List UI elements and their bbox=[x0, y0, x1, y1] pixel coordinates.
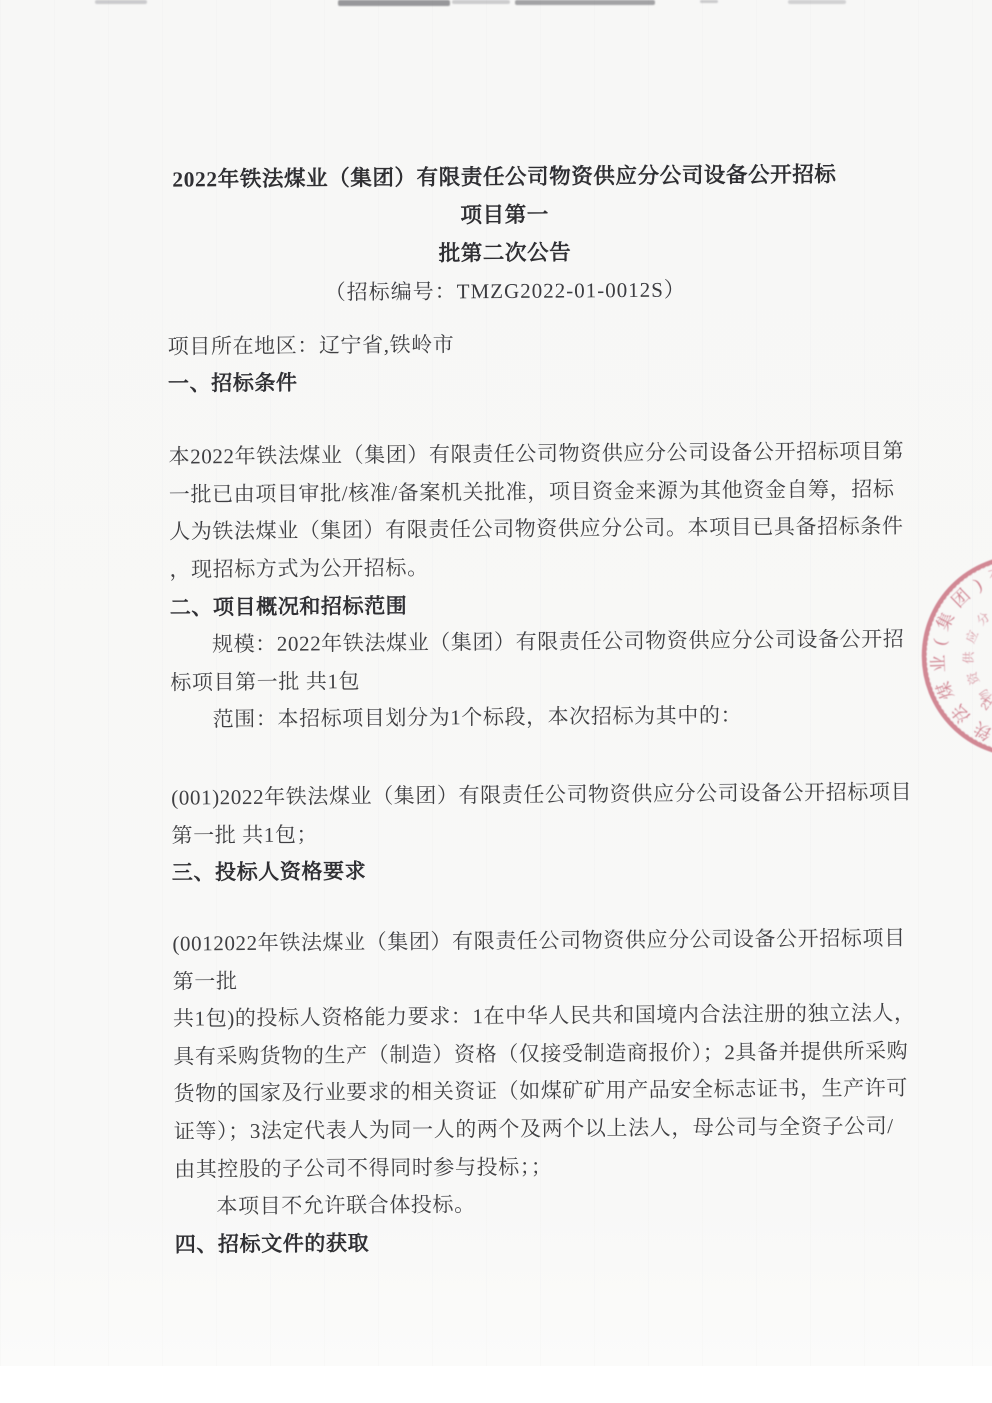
seal-inner-text: 物资供应分公司 bbox=[961, 595, 992, 706]
qualification-line: 具有采购货物的生产（制造）资格（仅接受制造商报价）；2具备并提供所采购 bbox=[173, 1033, 849, 1076]
qualification-line: 由其控股的子公司不得同时参与投标；； bbox=[174, 1146, 850, 1189]
scan-artifact bbox=[452, 0, 510, 4]
page-title-line-1: 2022年铁法煤业（集团）有限责任公司物资供应分公司设备公开招标项目第一 bbox=[166, 155, 843, 236]
seal-ring-text: 铁法煤业(集团)有限责任公司 bbox=[928, 560, 992, 744]
lot-line-continued: 第一批 共1包； bbox=[171, 812, 847, 855]
section2-heading: 二、项目概况和招标范围 bbox=[170, 584, 846, 627]
section3-heading-block: 三、投标人资格要求 bbox=[172, 849, 848, 892]
section4-heading: 四、招标文件的获取 bbox=[175, 1221, 851, 1264]
page-title-line-2: 批第二次公告 bbox=[167, 231, 843, 274]
paper-background: 2022年铁法煤业（集团）有限责任公司物资供应分公司设备公开招标项目第一 批第二… bbox=[0, 0, 992, 1366]
scale-line-continued: 标项目第一批 共1包 bbox=[170, 659, 846, 702]
section3-heading: 三、投标人资格要求 bbox=[172, 849, 848, 892]
document-title-block: 2022年铁法煤业（集团）有限责任公司物资供应分公司设备公开招标项目第一 批第二… bbox=[166, 155, 843, 312]
section2-scope-block: 规模：2022年铁法煤业（集团）有限责任公司物资供应分公司设备公开招 标项目第一… bbox=[170, 621, 847, 739]
section3-paragraph: (0012022年铁法煤业（集团）有限责任公司物资供应分公司设备公开招标项目 第… bbox=[172, 920, 851, 1264]
consortium-line: 本项目不允许联合体投标。 bbox=[174, 1183, 850, 1226]
bid-number: （招标编号：TMZG2022-01-0012S） bbox=[167, 269, 843, 312]
paragraph-line: 本2022年铁法煤业（集团）有限责任公司物资供应分公司设备公开招标项目第 bbox=[168, 433, 844, 476]
scan-artifact bbox=[95, 0, 147, 4]
scope-line: 范围：本招标项目划分为1个标段，本次招标为其中的： bbox=[171, 697, 847, 740]
qualification-line: 共1包)的投标人资格能力要求：1在中华人民共和国境内合法注册的独立法人， bbox=[173, 996, 849, 1039]
scan-artifact bbox=[338, 0, 450, 6]
scan-artifact bbox=[700, 0, 718, 3]
lot-line: (001)2022年铁法煤业（集团）有限责任公司物资供应分公司设备公开招标项目 bbox=[171, 774, 847, 817]
section1-paragraph: 本2022年铁法煤业（集团）有限责任公司物资供应分公司设备公开招标项目第 一批已… bbox=[168, 433, 845, 589]
qualification-line: 第一批 bbox=[173, 958, 849, 1001]
scan-artifact bbox=[515, 0, 655, 5]
scan-artifact bbox=[788, 0, 846, 4]
qualification-line: 货物的国家及行业要求的相关资证（如煤矿矿用产品安全标志证书，生产许可 bbox=[173, 1071, 849, 1114]
section2-heading-block: 二、项目概况和招标范围 bbox=[170, 584, 846, 627]
company-seal-stamp: 铁法煤业(集团)有限责任公司 物资供应分公司 21 bbox=[916, 549, 992, 763]
project-location: 项目所在地区：辽宁省,铁岭市 bbox=[168, 323, 844, 366]
paragraph-line: 人为铁法煤业（集团）有限责任公司物资供应分公司。本项目已具备招标条件 bbox=[169, 509, 845, 552]
paragraph-line: ，现招标方式为公开招标。 bbox=[169, 546, 845, 589]
project-location-line: 项目所在地区：辽宁省,铁岭市 bbox=[168, 323, 844, 366]
lot-description-block: (001)2022年铁法煤业（集团）有限责任公司物资供应分公司设备公开招标项目 … bbox=[171, 774, 848, 854]
section1-heading-block: 一、招标条件 bbox=[168, 360, 844, 403]
scale-line: 规模：2022年铁法煤业（集团）有限责任公司物资供应分公司设备公开招 bbox=[170, 621, 846, 664]
paragraph-line: 一批已由项目审批/核准/备案机关批准，项目资金来源为其他资金自筹，招标 bbox=[169, 471, 845, 514]
qualification-line: 证等）；3法定代表人为同一人的两个及两个以上法人，母公司与全资子公司/ bbox=[174, 1108, 850, 1151]
scanned-document-page: 2022年铁法煤业（集团）有限责任公司物资供应分公司设备公开招标项目第一 批第二… bbox=[0, 0, 992, 1403]
section1-heading: 一、招标条件 bbox=[168, 360, 844, 403]
qualification-line: (0012022年铁法煤业（集团）有限责任公司物资供应分公司设备公开招标项目 bbox=[172, 920, 848, 963]
